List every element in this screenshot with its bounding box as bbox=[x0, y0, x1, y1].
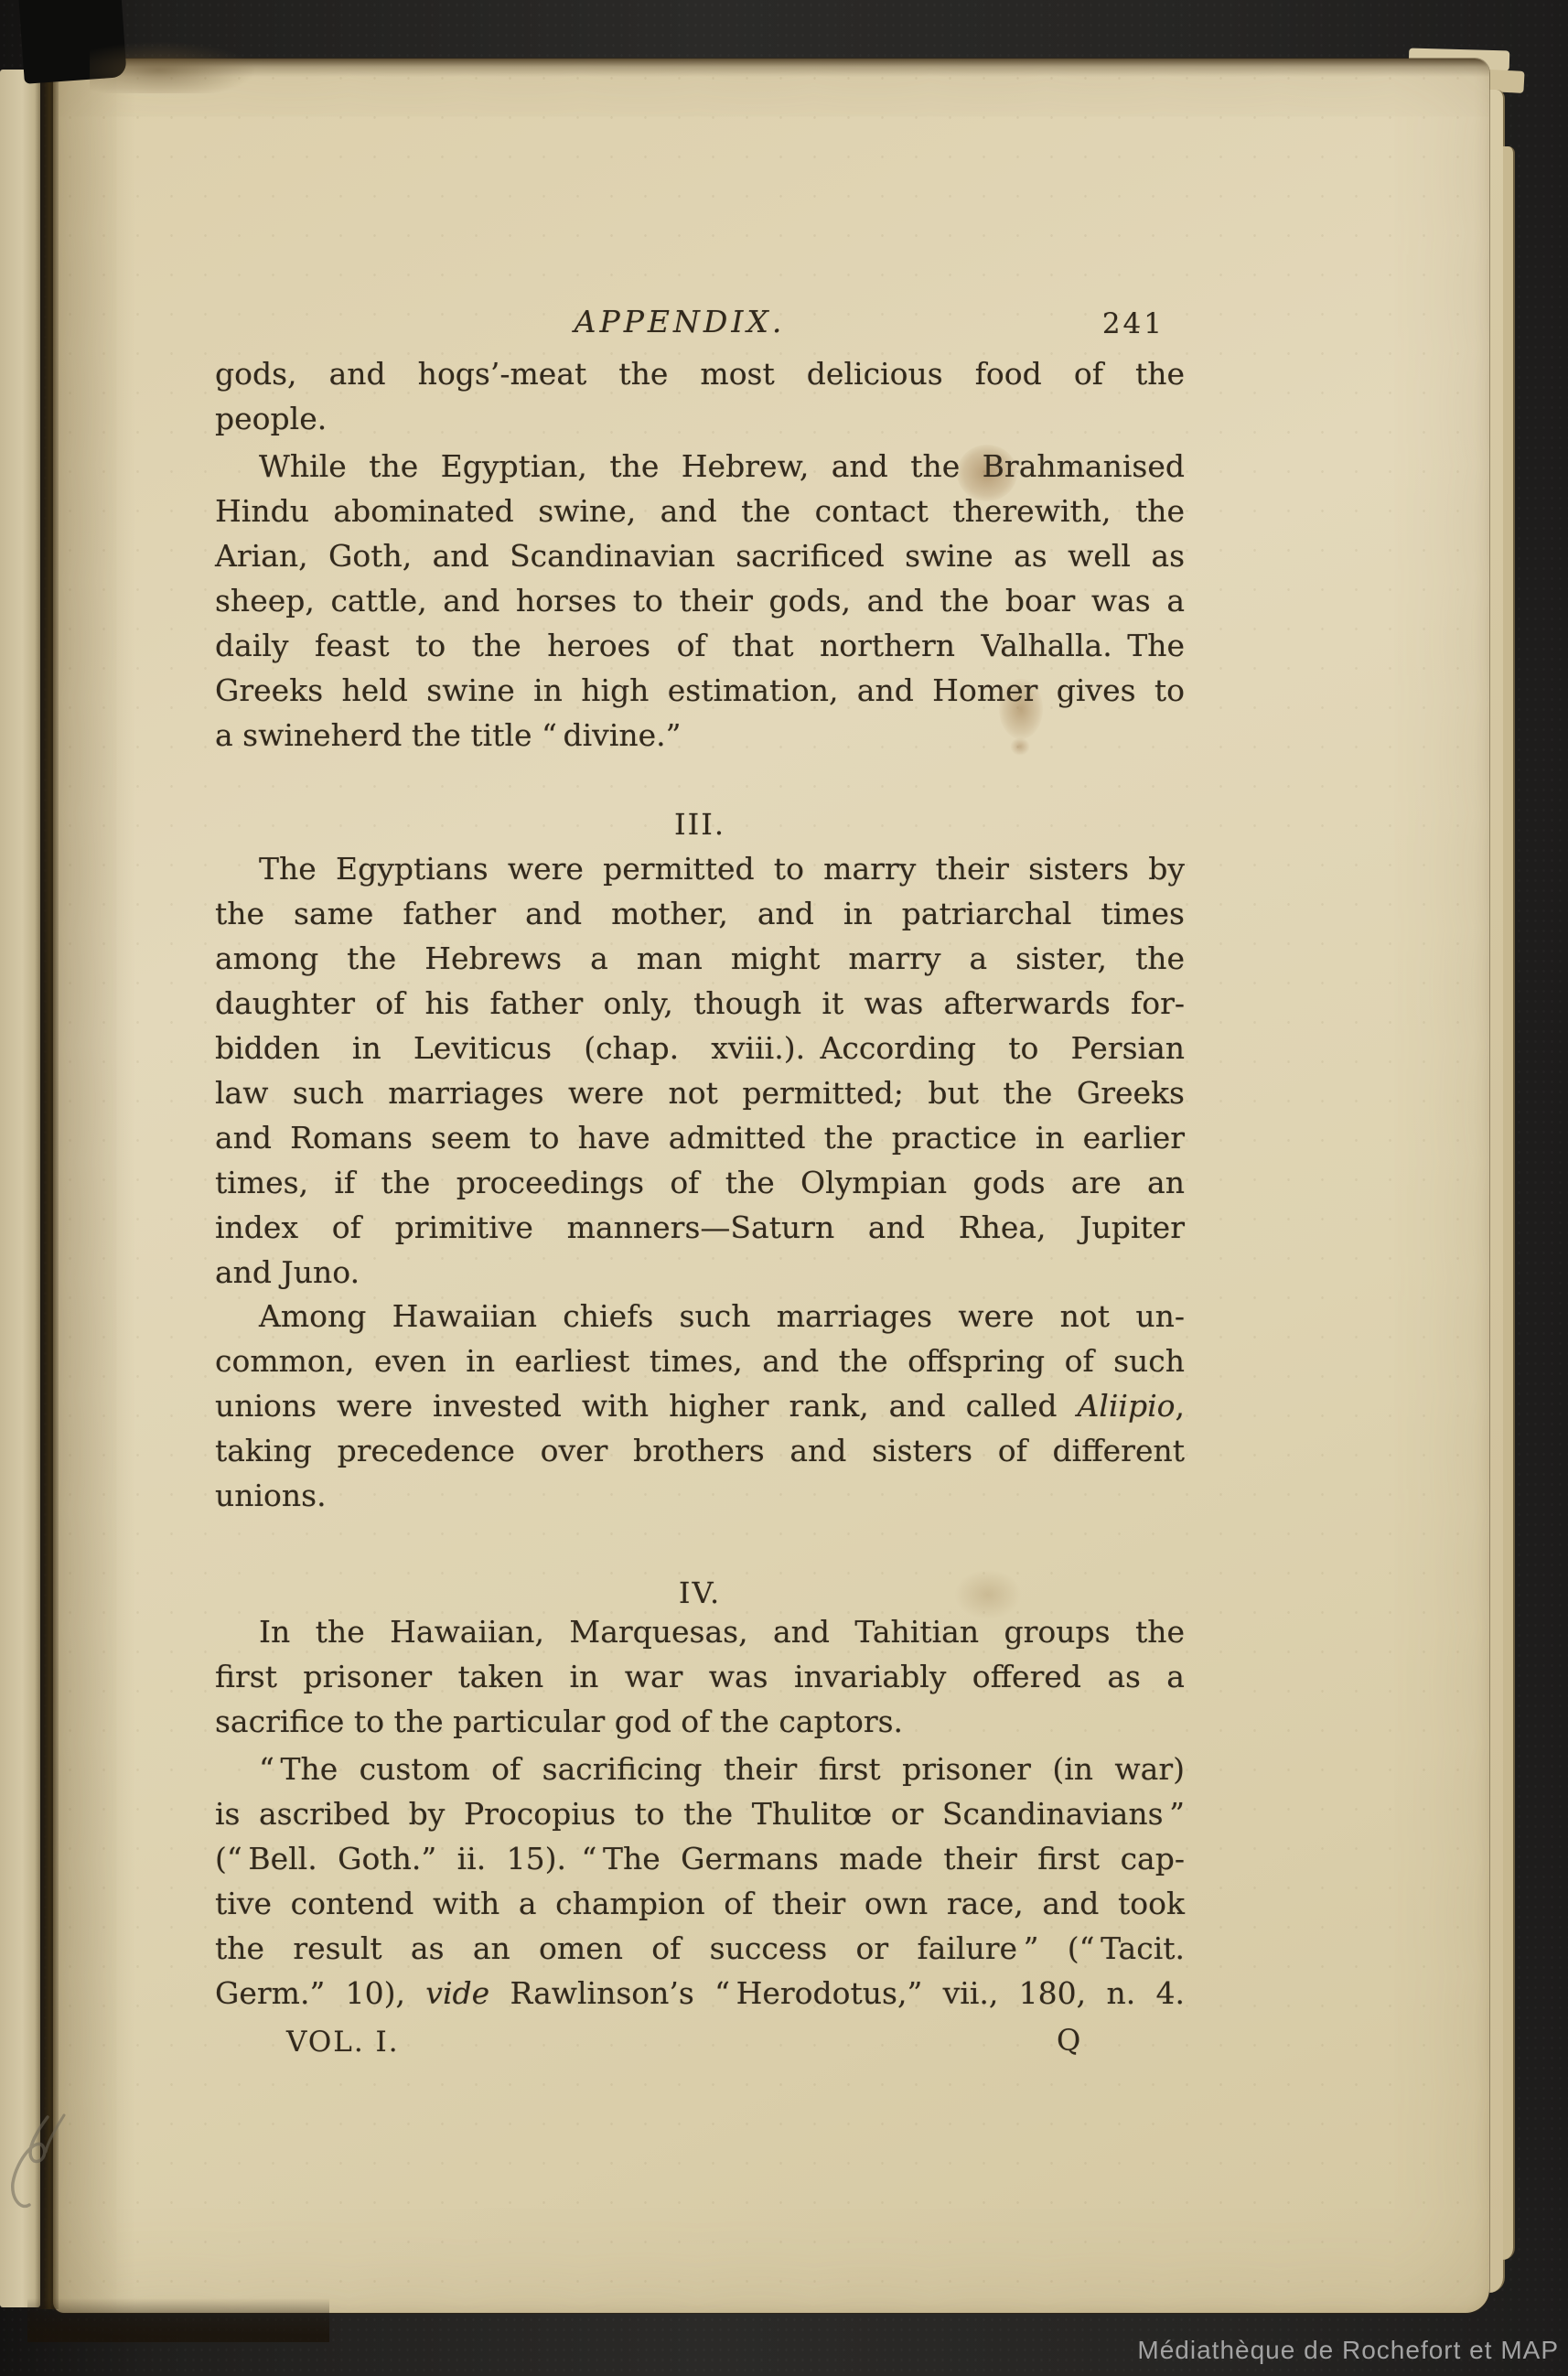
paragraph: “ The custom of sacrificing their first … bbox=[215, 1747, 1185, 2016]
text-line: and Juno. bbox=[215, 1250, 1185, 1295]
paragraph: gods, and hogs’-meat the most delicious … bbox=[215, 351, 1185, 441]
page-top-edge-darkening bbox=[53, 59, 1489, 77]
library-watermark: Médiathèque de Rochefort et MAP bbox=[1137, 2336, 1559, 2365]
text-line: The Egyptians were permitted to marry th… bbox=[215, 846, 1185, 891]
text-line: Arian, Goth, and Scandinavian sacrificed… bbox=[215, 533, 1185, 578]
spine-head-smudge bbox=[90, 42, 254, 93]
paragraph: While the Egyptian, the Hebrew, and the … bbox=[215, 444, 1185, 758]
text-line: among the Hebrews a man might marry a si… bbox=[215, 936, 1185, 981]
text-line: “ The custom of sacrificing their first … bbox=[215, 1747, 1185, 1791]
text-line: daily feast to the heroes of that northe… bbox=[215, 623, 1185, 668]
text-line: Greeks held swine in high estimation, an… bbox=[215, 668, 1185, 713]
text-line: the result as an omen of success or fail… bbox=[215, 1926, 1185, 1971]
text-line: people. bbox=[215, 396, 1185, 441]
volume-label: VOL. I. bbox=[286, 2026, 400, 2059]
gutter-crease bbox=[35, 64, 59, 2309]
paragraph: In the Hawaiian, Marquesas, and Tahitian… bbox=[215, 1609, 1185, 1744]
page-number: 241 bbox=[1102, 302, 1165, 347]
text-line: Hindu abominated swine, and the contact … bbox=[215, 489, 1185, 533]
text-line: unions were invested with higher rank, a… bbox=[215, 1383, 1185, 1428]
text-line: times, if the proceedings of the Olympia… bbox=[215, 1160, 1185, 1205]
text-line: and Romans seem to have admitted the pra… bbox=[215, 1115, 1185, 1160]
text-line: In the Hawaiian, Marquesas, and Tahitian… bbox=[215, 1609, 1185, 1654]
cover-shadow bbox=[27, 2298, 329, 2342]
text-line: index of primitive manners—Saturn and Rh… bbox=[215, 1205, 1185, 1250]
page-title: APPENDIX. bbox=[195, 299, 1165, 344]
text-line: the same father and mother, and in patri… bbox=[215, 891, 1185, 936]
text-line: tive contend with a champion of their ow… bbox=[215, 1881, 1185, 1926]
text-line: gods, and hogs’-meat the most delicious … bbox=[215, 351, 1185, 396]
running-head: APPENDIX. 241 bbox=[215, 299, 1185, 344]
text-line: a swineherd the title “ divine.” bbox=[215, 713, 1185, 758]
scanned-book-page: APPENDIX. 241 gods, and hogs’-meat the m… bbox=[0, 0, 1568, 2376]
page-footer: VOL. I. Q bbox=[215, 2018, 1185, 2063]
text-line: daughter of his father only, though it w… bbox=[215, 981, 1185, 1026]
text-line: law such marriages were not permitted; b… bbox=[215, 1070, 1185, 1115]
pencil-annotation bbox=[0, 2110, 91, 2229]
text-line: is ascribed by Procopius to the Thulitœ … bbox=[215, 1791, 1185, 1836]
text-line: sacrifice to the particular god of the c… bbox=[215, 1699, 1185, 1744]
stacked-page-edge bbox=[1503, 146, 1515, 2260]
text-line: (“ Bell. Goth.” ii. 15). “ The Germans m… bbox=[215, 1836, 1185, 1881]
text-line: Germ.” 10), vide Rawlinson’s “ Herodotus… bbox=[215, 1971, 1185, 2016]
italic-term: Aliipio bbox=[1077, 1388, 1175, 1424]
italic-term: vide bbox=[425, 1975, 489, 2011]
paragraph: The Egyptians were permitted to marry th… bbox=[215, 846, 1185, 1295]
gutter-shading bbox=[53, 59, 135, 2313]
text-line: bidden in Leviticus (chap. xviii.). Acco… bbox=[215, 1026, 1185, 1070]
text-line: taking precedence over brothers and sist… bbox=[215, 1428, 1185, 1473]
text-line: While the Egyptian, the Hebrew, and the … bbox=[215, 444, 1185, 489]
section-heading-iii: III. bbox=[215, 802, 1185, 847]
text-line: Among Hawaiian chiefs such marriages wer… bbox=[215, 1294, 1185, 1339]
text-line: unions. bbox=[215, 1473, 1185, 1518]
text-line: first prisoner taken in war was invariab… bbox=[215, 1654, 1185, 1699]
text-line: common, even in earliest times, and the … bbox=[215, 1339, 1185, 1383]
signature-mark: Q bbox=[1057, 2018, 1080, 2063]
paragraph: Among Hawaiian chiefs such marriages wer… bbox=[215, 1294, 1185, 1518]
text-line: sheep, cattle, and horses to their gods,… bbox=[215, 578, 1185, 623]
